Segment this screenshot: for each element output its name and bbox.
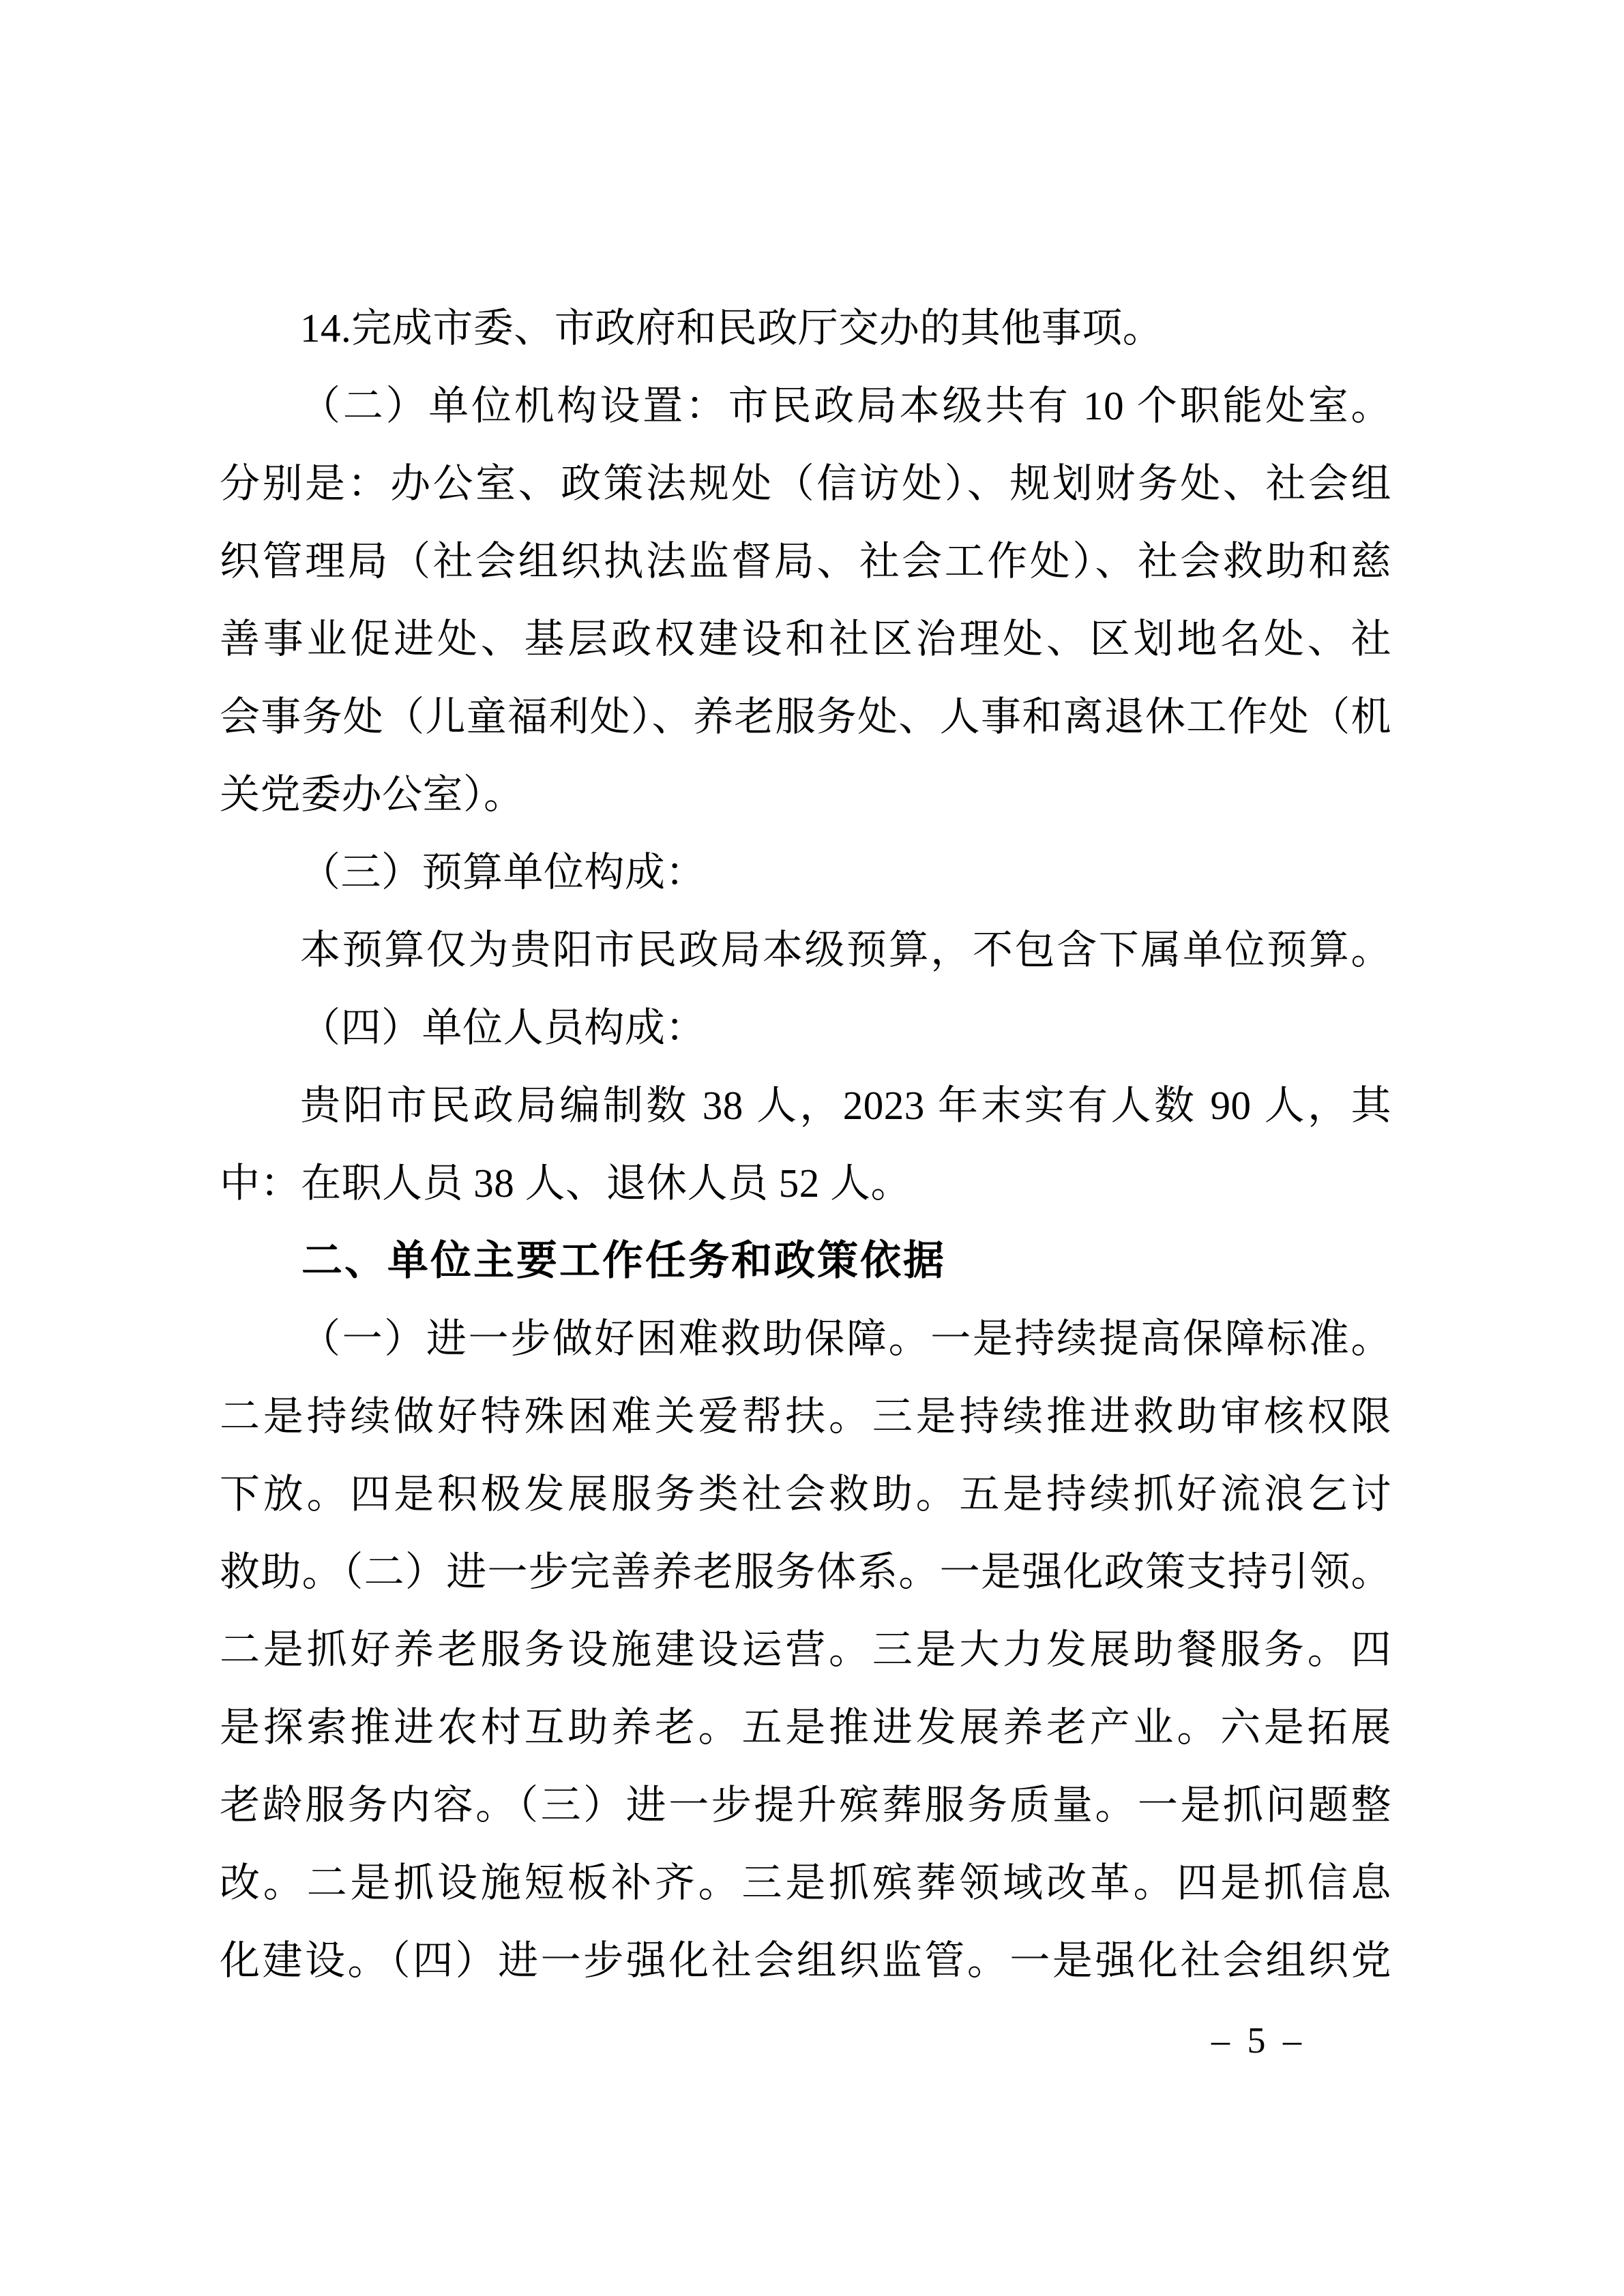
page-number: – 5 –	[1194, 2020, 1323, 2061]
text-line: 善事业促进处、基层政权建设和社区治理处、区划地名处、社	[220, 600, 1391, 678]
text-line: 是探索推进农村互助养老。五是推进发展养老产业。六是拓展	[220, 1688, 1391, 1766]
text-line: 本预算仅为贵阳市民政局本级预算，不包含下属单位预算。	[220, 911, 1391, 989]
text-line: 下放。四是积极发展服务类社会救助。五是持续抓好流浪乞讨	[220, 1455, 1391, 1533]
text-line: 老龄服务内容。（三）进一步提升殡葬服务质量。一是抓问题整	[220, 1766, 1391, 1844]
text-line: 织管理局（社会组织执法监督局、社会工作处）、社会救助和慈	[220, 522, 1391, 600]
text-line: 二是持续做好特殊困难关爱帮扶。三是持续推进救助审核权限	[220, 1377, 1391, 1455]
text-line: 关党委办公室）。	[220, 756, 1391, 833]
text-line: （四）单位人员构成：	[220, 989, 1391, 1067]
text-line: （一）进一步做好困难救助保障。一是持续提高保障标准。	[220, 1300, 1391, 1377]
text-line: （三）预算单位构成：	[220, 833, 1391, 911]
text-line: 贵阳市民政局编制数 38 人，2023 年末实有人数 90 人，其	[220, 1067, 1391, 1144]
document-body: 14.完成市委、市政府和民政厅交办的其他事项。（二）单位机构设置：市民政局本级共…	[220, 289, 1391, 1999]
text-line: 二是抓好养老服务设施建设运营。三是大力发展助餐服务。四	[220, 1611, 1391, 1688]
section-heading: 二、单位主要工作任务和政策依据	[220, 1222, 1391, 1300]
text-line: 改。二是抓设施短板补齐。三是抓殡葬领域改革。四是抓信息	[220, 1844, 1391, 1922]
text-line: 14.完成市委、市政府和民政厅交办的其他事项。	[220, 289, 1391, 367]
text-line: 分别是：办公室、政策法规处（信访处）、规划财务处、社会组	[220, 445, 1391, 522]
text-line: 会事务处（儿童福利处）、养老服务处、人事和离退休工作处（机	[220, 678, 1391, 756]
text-line: 救助。（二）进一步完善养老服务体系。一是强化政策支持引领。	[220, 1533, 1391, 1611]
text-line: 中：在职人员 38 人、退休人员 52 人。	[220, 1144, 1391, 1222]
text-line: （二）单位机构设置：市民政局本级共有 10 个职能处室。	[220, 367, 1391, 445]
document-page: 14.完成市委、市政府和民政厅交办的其他事项。（二）单位机构设置：市民政局本级共…	[0, 0, 1624, 2296]
text-line: 化建设。（四）进一步强化社会组织监管。一是强化社会组织党	[220, 1922, 1391, 1999]
